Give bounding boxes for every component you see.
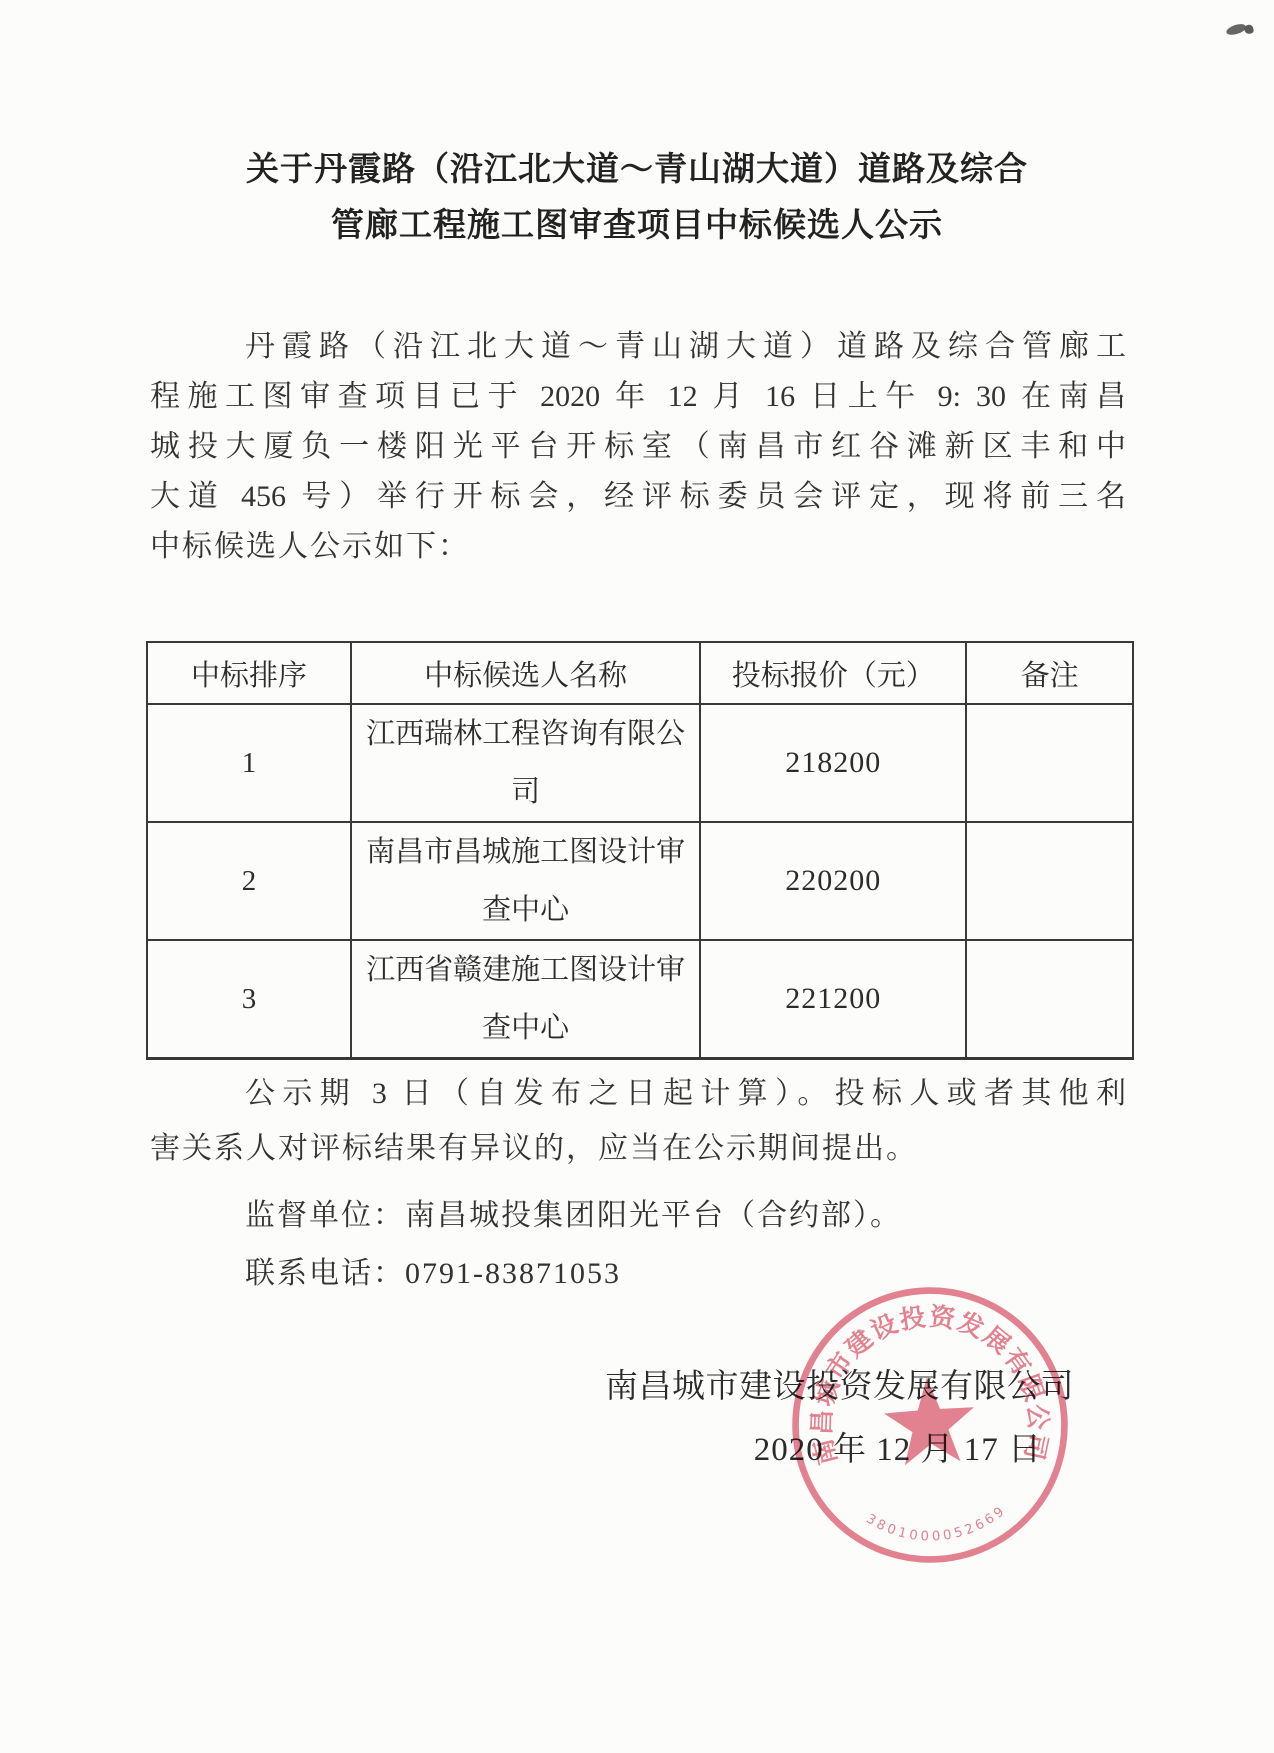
header-bid-price: 投标报价（元） (700, 642, 966, 704)
remarks-cell (966, 822, 1133, 940)
candidate-name-cell: 南昌市昌城施工图设计审查中心 (351, 822, 700, 940)
notice-line: 公示期 3 日（自发布之日起计算）。投标人或者其他利 (150, 1066, 1126, 1121)
table-row: 1 江西瑞林工程咨询有限公司 218200 (147, 704, 1133, 822)
title-line-2: 管廊工程施工图审查项目中标候选人公示 (0, 198, 1274, 254)
rank-cell: 1 (147, 704, 351, 822)
candidate-name-cell: 江西瑞林工程咨询有限公司 (351, 704, 700, 822)
candidate-name-cell: 江西省赣建施工图设计审查中心 (351, 940, 700, 1059)
header-rank: 中标排序 (147, 642, 351, 704)
header-remarks: 备注 (966, 642, 1133, 704)
intro-line: 丹霞路（沿江北大道～青山湖大道）道路及综合管廊工 (150, 322, 1126, 372)
document-title: 关于丹霞路（沿江北大道～青山湖大道）道路及综合 管廊工程施工图审查项目中标候选人… (0, 142, 1274, 254)
remarks-cell (966, 940, 1133, 1059)
bid-price-cell: 218200 (700, 704, 966, 822)
bid-price-cell: 221200 (700, 940, 966, 1059)
intro-paragraph: 丹霞路（沿江北大道～青山湖大道）道路及综合管廊工 程施工图审查项目已于 2020… (150, 322, 1126, 572)
table-row: 2 南昌市昌城施工图设计审查中心 220200 (147, 822, 1133, 940)
remarks-cell (966, 704, 1133, 822)
intro-line: 城投大厦负一楼阳光平台开标室（南昌市红谷滩新区丰和中 (150, 422, 1126, 472)
rank-cell: 2 (147, 822, 351, 940)
table-row: 3 江西省赣建施工图设计审查中心 221200 (147, 940, 1133, 1059)
intro-line: 程施工图审查项目已于 2020 年 12 月 16 日上午 9: 30 在南昌 (150, 372, 1126, 422)
intro-line: 中标候选人公示如下： (150, 522, 1126, 572)
publicity-period-paragraph: 公示期 3 日（自发布之日起计算）。投标人或者其他利 害关系人对评标结果有异议的… (150, 1066, 1126, 1176)
notice-line: 害关系人对评标结果有异议的，应当在公示期间提出。 (150, 1121, 1126, 1176)
scanned-announcement-page: 关于丹霞路（沿江北大道～青山湖大道）道路及综合 管廊工程施工图审查项目中标候选人… (0, 0, 1274, 1753)
bid-candidates-table: 中标排序 中标候选人名称 投标报价（元） 备注 1 江西瑞林工程咨询有限公司 2… (146, 641, 1134, 1060)
supervisor-unit-line: 监督单位：南昌城投集团阳光平台（合约部）。 (150, 1190, 1126, 1234)
seal-star-icon (882, 1375, 978, 1467)
company-seal: 南昌城市建设投资发展有限公司 3801000052669 (778, 1273, 1081, 1576)
title-line-1: 关于丹霞路（沿江北大道～青山湖大道）道路及综合 (0, 142, 1274, 198)
header-candidate-name: 中标候选人名称 (351, 642, 700, 704)
table-header-row: 中标排序 中标候选人名称 投标报价（元） 备注 (147, 642, 1133, 704)
scan-artifact-mark (1225, 23, 1247, 37)
bid-price-cell: 220200 (700, 822, 966, 940)
intro-line: 大道 456 号）举行开标会，经评标委员会评定，现将前三名 (150, 472, 1126, 522)
rank-cell: 3 (147, 940, 351, 1059)
